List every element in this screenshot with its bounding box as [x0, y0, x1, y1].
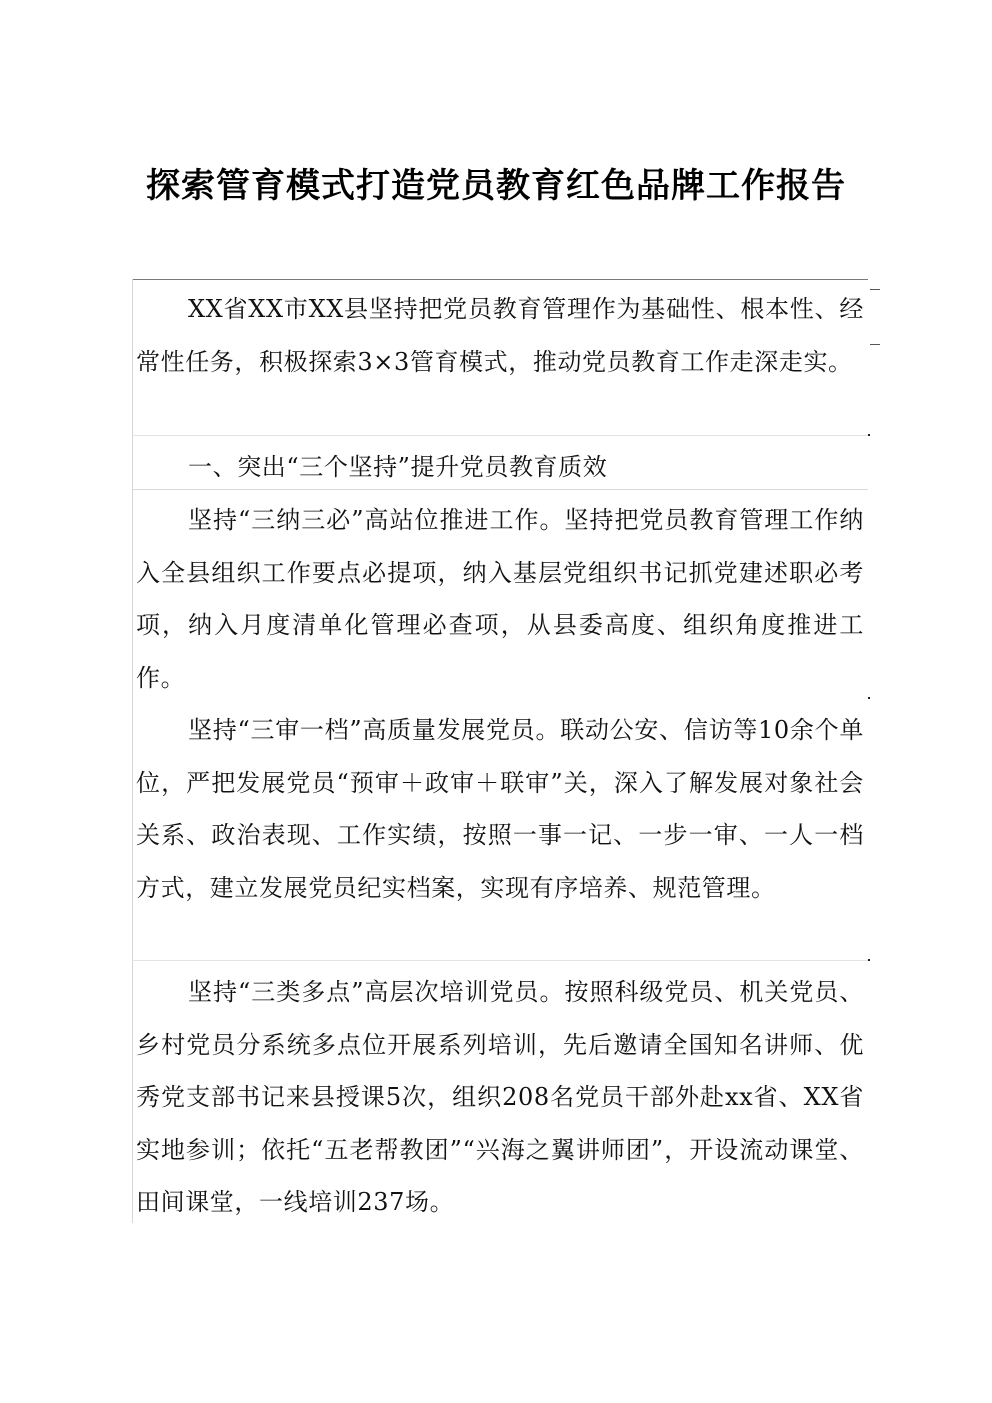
section-heading: 一、突出“三个坚持”提升党员教育质效 [136, 441, 864, 493]
separator-line [132, 435, 868, 436]
top-border-rule [132, 279, 868, 280]
body-paragraph: 坚持“三类多点”高层次培训党员。按照科级党员、机关党员、乡村党员分系统多点位开展… [136, 966, 864, 1229]
corner-mark-top [870, 289, 880, 290]
left-border-rule [132, 279, 133, 1223]
marker-dot [868, 697, 870, 699]
corner-mark-bottom [870, 344, 880, 345]
body-paragraph: 坚持“三纳三必”高站位推进工作。坚持把党员教育管理工作纳入全县组织工作要点必提项… [136, 494, 864, 704]
separator-line [132, 960, 868, 961]
intro-paragraph: XX省XX市XX县坚持把党员教育管理作为基础性、根本性、经常性任务，积极探索3×… [136, 283, 864, 388]
marker-dot [868, 434, 870, 436]
document-title: 探索管育模式打造党员教育红色品牌工作报告 [0, 158, 992, 214]
body-paragraph: 坚持“三审一档”高质量发展党员。联动公安、信访等10余个单位，严把发展党员“预审… [136, 704, 864, 914]
marker-dot [868, 959, 870, 961]
